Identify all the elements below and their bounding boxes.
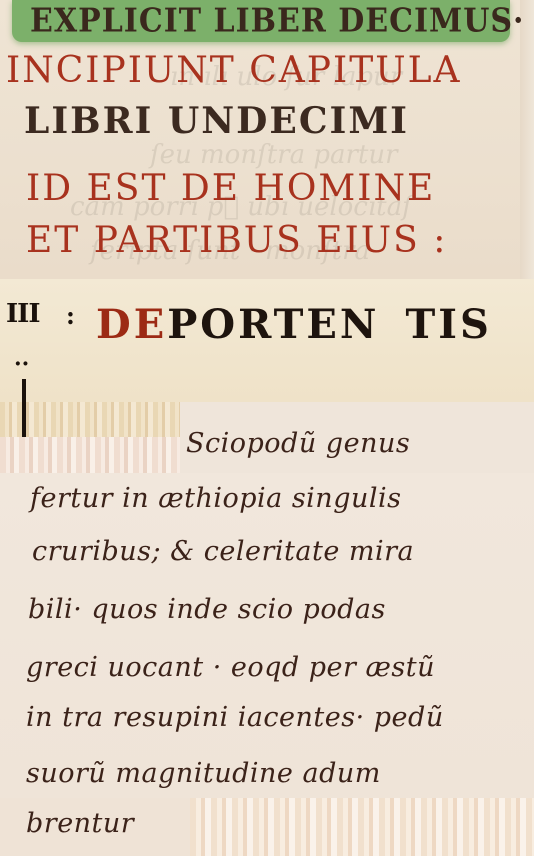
chapter-separator: : bbox=[66, 301, 75, 330]
rubric-line-3: ID EST DE HOMINE bbox=[26, 168, 435, 209]
manuscript-fragment-top: ın ılı ulo ſur lapur ſeu monſtra partur … bbox=[0, 0, 534, 279]
manuscript-fragment-bottom bbox=[0, 473, 534, 798]
chapter-number: III bbox=[6, 299, 40, 329]
text-line-4: bili· quos inde scio podas bbox=[28, 594, 386, 625]
page-edge bbox=[520, 0, 534, 279]
marginal-stroke bbox=[22, 379, 26, 437]
rubric-line-1: INCIPIUNT CAPITULA bbox=[6, 50, 461, 91]
title-end-part: TIS bbox=[405, 301, 491, 348]
explicit-line: EXPLICIT LIBER DECIMUS· bbox=[30, 2, 525, 41]
rubric-line-4: ET PARTIBUS EIUS : bbox=[26, 220, 447, 261]
text-line-7: suorũ magnitudine adum bbox=[26, 758, 381, 789]
title-black-part: PORTEN bbox=[167, 301, 379, 348]
chapter-title: DEPORTENTIS bbox=[96, 301, 492, 348]
text-line-1: Sciopodũ genus bbox=[186, 428, 410, 459]
text-line-3: cruribus; & celeritate mira bbox=[32, 536, 414, 567]
manuscript-fragment-middle: III : DEPORTENTIS ·· bbox=[0, 279, 534, 402]
text-line-5: greci uocant · eoqd per æstũ bbox=[26, 652, 435, 683]
stretched-fill-left-upper bbox=[0, 402, 180, 437]
stretched-fill-left-lower bbox=[0, 437, 180, 473]
stretched-fill-bottom-right bbox=[190, 798, 534, 856]
text-line-6: in tra resupini iacentes· pedũ bbox=[26, 702, 444, 733]
show-through-text: ſeu monſtra partur bbox=[150, 140, 398, 170]
rubric-line-2: LIBRI UNDECIMI bbox=[24, 100, 409, 142]
text-line-2: fertur in æthiopia singulis bbox=[30, 483, 402, 514]
marginal-mark: ·· bbox=[14, 351, 29, 377]
text-line-8: brentur bbox=[26, 808, 134, 839]
title-red-part: DE bbox=[96, 301, 167, 348]
